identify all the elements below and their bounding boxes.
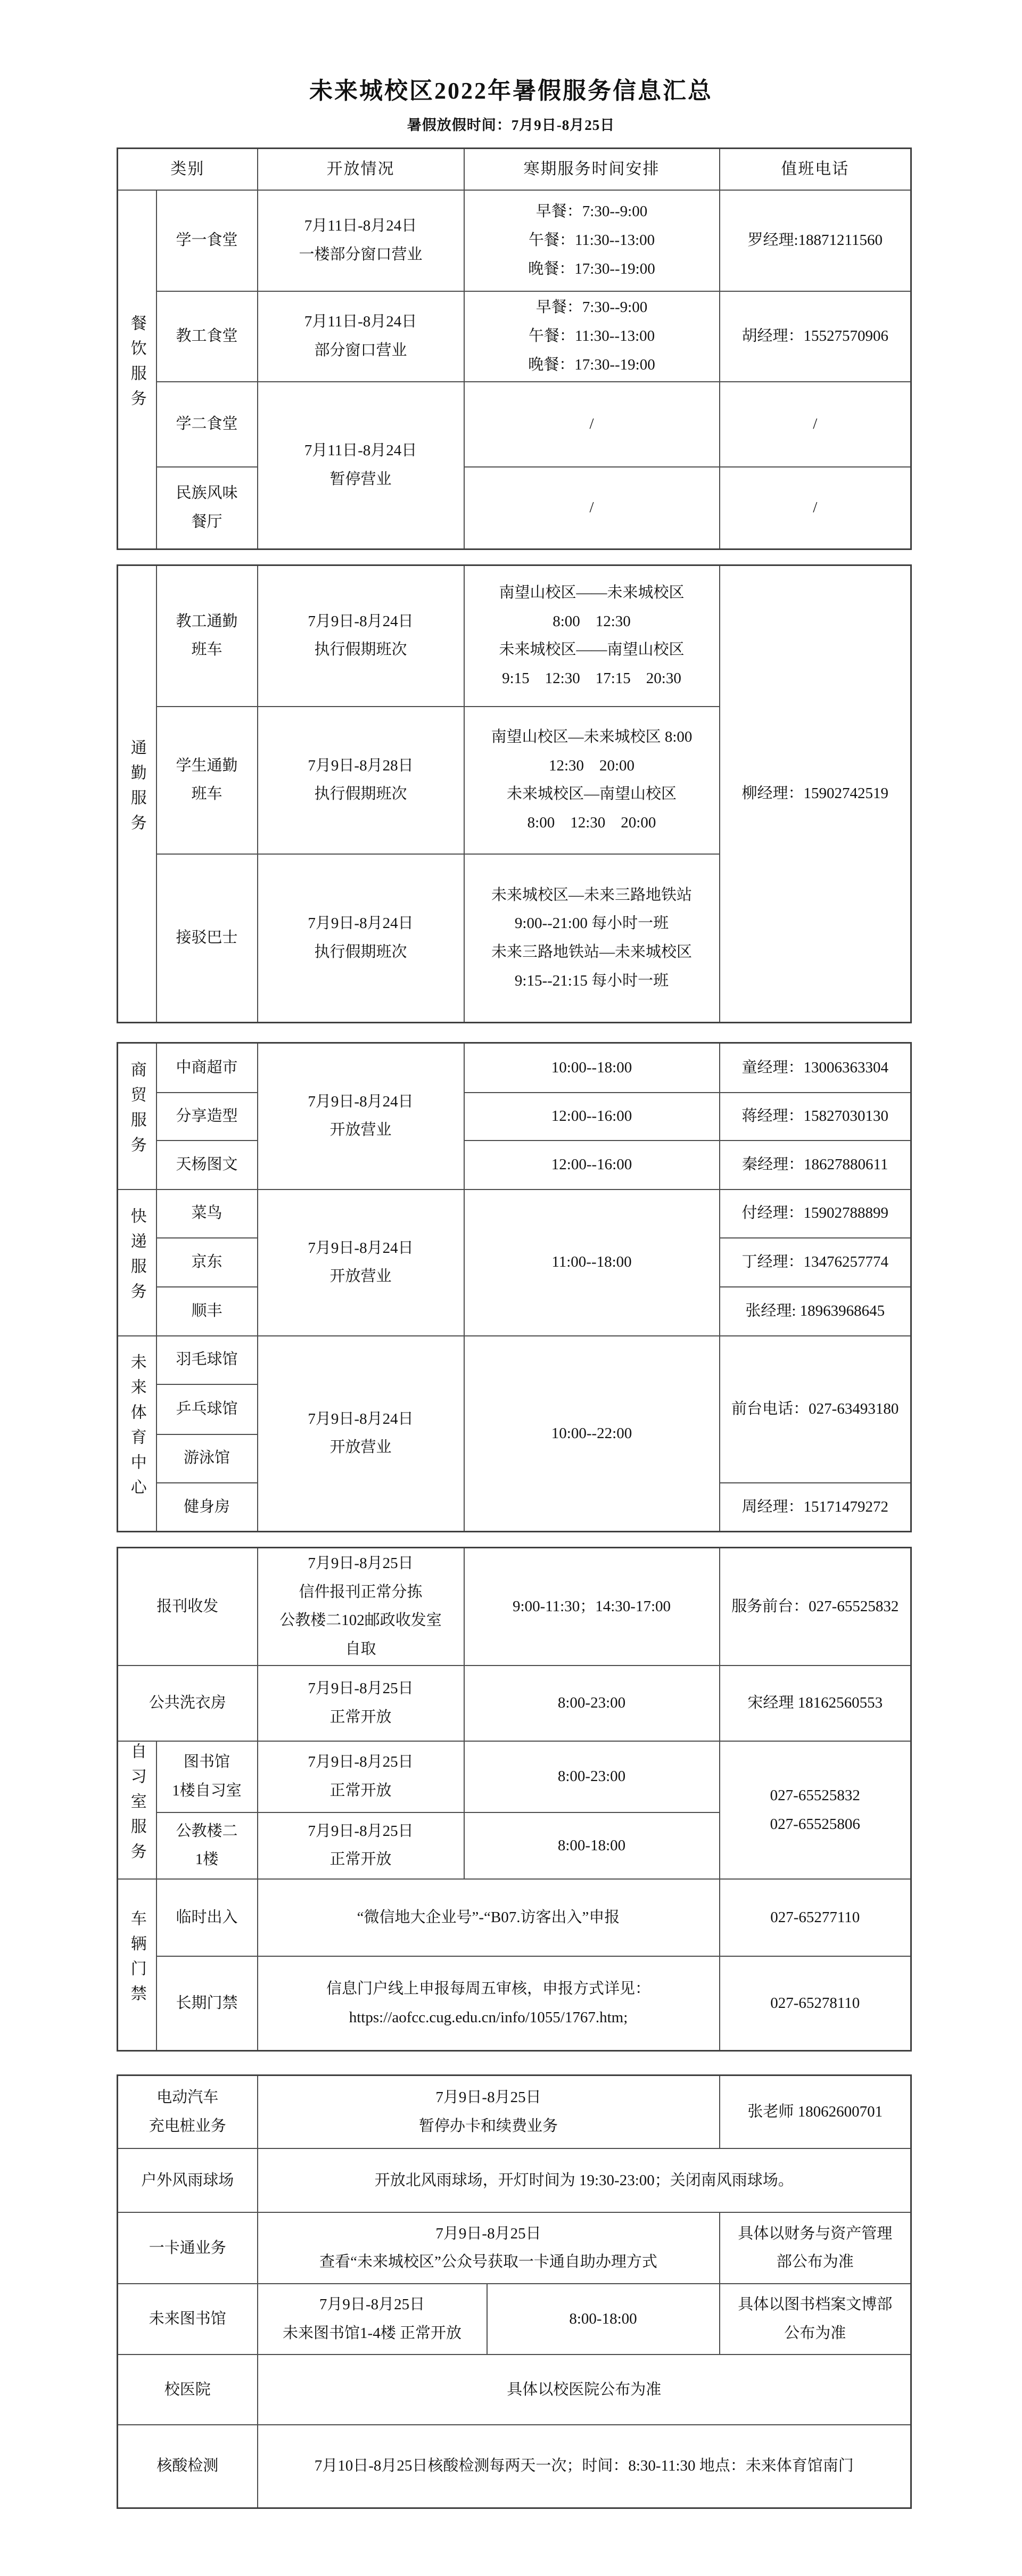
table-others: 电动汽车 充电桩业务 7月9日-8月25日 暂停办卡和续费业务 张老师 1806… bbox=[117, 2074, 912, 2509]
category-commute-label: 通勤服务 bbox=[128, 739, 146, 839]
header-open: 开放情况 bbox=[258, 149, 464, 190]
campus-card-name: 一卡通业务 bbox=[118, 2212, 258, 2284]
tables-container: 类别 开放情况 寒期服务时间安排 值班电话 餐饮服务 学一食堂 7月11日-8月… bbox=[117, 147, 910, 2509]
commute-staff-bus-name: 教工通勤 班车 bbox=[156, 565, 258, 707]
category-sports-label: 未来体育中心 bbox=[128, 1353, 146, 1504]
commute-student-bus-name: 学生通勤 班车 bbox=[156, 707, 258, 854]
category-dining-label: 餐饮服务 bbox=[128, 315, 146, 415]
dining-canteen1-phone: 罗经理:18871211560 bbox=[720, 190, 911, 291]
commute-student-bus-open: 7月9日-8月28日 执行假期班次 bbox=[258, 707, 464, 854]
category-study: 自习室服务 bbox=[118, 1741, 156, 1880]
study-building2-time: 8:00-18:00 bbox=[464, 1812, 720, 1880]
future-library-phone: 具体以图书档案文博部 公布为准 bbox=[720, 2284, 911, 2355]
sports-badminton-name: 羽毛球馆 bbox=[156, 1336, 258, 1384]
dining-staff-canteen-open: 7月11日-8月24日 部分窗口营业 bbox=[258, 291, 464, 382]
gate-longterm-phone: 027-65278110 bbox=[720, 1956, 911, 2050]
express-cainiao-name: 菜鸟 bbox=[156, 1189, 258, 1238]
category-trade: 商贸服务 bbox=[118, 1043, 156, 1189]
notice-document: 未来城校区2022年暑假服务信息汇总 暑假放假时间：7月9日-8月25日 类别 … bbox=[0, 0, 1022, 2576]
gate-longterm-name: 长期门禁 bbox=[156, 1956, 258, 2050]
laundry-time: 8:00-23:00 bbox=[464, 1666, 720, 1741]
sports-front-phone: 前台电话：027-63493180 bbox=[720, 1336, 911, 1483]
dining-staff-canteen-time: 早餐：7:30--9:00 午餐：11:30--13:00 晚餐：17:30--… bbox=[464, 291, 720, 382]
express-time: 11:00--18:00 bbox=[464, 1189, 720, 1336]
campus-hospital-info: 具体以校医院公布为准 bbox=[258, 2355, 911, 2425]
header-time: 寒期服务时间安排 bbox=[464, 149, 720, 190]
category-study-label: 自习室服务 bbox=[128, 1743, 146, 1868]
page-subtitle: 暑假放假时间：7月9日-8月25日 bbox=[0, 113, 1022, 134]
table-dining: 类别 开放情况 寒期服务时间安排 值班电话 餐饮服务 学一食堂 7月11日-8月… bbox=[117, 147, 912, 550]
commute-shuttle-open: 7月9日-8月24日 执行假期班次 bbox=[258, 854, 464, 1023]
ev-charging-info: 7月9日-8月25日 暂停办卡和续费业务 bbox=[258, 2075, 720, 2148]
commute-staff-bus-time: 南望山校区——未来城校区 8:00 12:30 未来城校区——南望山校区 9:1… bbox=[464, 565, 720, 707]
gate-temporary-phone: 027-65277110 bbox=[720, 1879, 911, 1956]
dining-canteen2-time: / bbox=[464, 382, 720, 467]
campus-card-info: 7月9日-8月25日 查看“未来城校区”公众号获取一卡通自助办理方式 bbox=[258, 2212, 720, 2284]
trade-salon-phone: 蒋经理：15827030130 bbox=[720, 1093, 911, 1141]
ev-charging-name: 电动汽车 充电桩业务 bbox=[118, 2075, 258, 2148]
commute-student-bus-time: 南望山校区—未来城校区 8:00 12:30 20:00 未来城校区—南望山校区… bbox=[464, 707, 720, 854]
category-gate-label: 车辆门禁 bbox=[128, 1910, 146, 2010]
study-library-name: 图书馆 1楼自习室 bbox=[156, 1741, 258, 1812]
campus-hospital-name: 校医院 bbox=[118, 2355, 258, 2425]
mail-phone: 服务前台：027-65525832 bbox=[720, 1548, 911, 1666]
express-sf-name: 顺丰 bbox=[156, 1287, 258, 1336]
commute-shuttle-name: 接驳巴士 bbox=[156, 854, 258, 1023]
express-sf-phone: 张经理: 18963968645 bbox=[720, 1287, 911, 1336]
trade-supermarket-name: 中商超市 bbox=[156, 1043, 258, 1093]
sports-gym-phone: 周经理：15171479272 bbox=[720, 1483, 911, 1532]
mail-name: 报刊收发 bbox=[118, 1548, 258, 1666]
future-library-open: 7月9日-8月25日 未来图书馆1-4楼 正常开放 bbox=[258, 2284, 487, 2355]
trade-supermarket-phone: 童经理：13006363304 bbox=[720, 1043, 911, 1093]
trade-print-shop-name: 天杨图文 bbox=[156, 1141, 258, 1189]
dining-canteen2-name: 学二食堂 bbox=[156, 382, 258, 467]
category-express: 快递服务 bbox=[118, 1189, 156, 1336]
outdoor-court-name: 户外风雨球场 bbox=[118, 2148, 258, 2212]
ev-charging-phone: 张老师 18062600701 bbox=[720, 2075, 911, 2148]
gate-temporary-name: 临时出入 bbox=[156, 1879, 258, 1956]
sports-gym-name: 健身房 bbox=[156, 1483, 258, 1532]
express-cainiao-phone: 付经理：15902788899 bbox=[720, 1189, 911, 1238]
dining-closed-open: 7月11日-8月24日 暂停营业 bbox=[258, 382, 464, 549]
sports-open: 7月9日-8月24日 开放营业 bbox=[258, 1336, 464, 1532]
express-jd-name: 京东 bbox=[156, 1238, 258, 1287]
gate-temporary-info: “微信地大企业号”-“B07.访客出入”申报 bbox=[258, 1879, 720, 1956]
study-building2-name: 公教楼二 1楼 bbox=[156, 1812, 258, 1880]
laundry-phone: 宋经理 18162560553 bbox=[720, 1666, 911, 1741]
commute-staff-bus-open: 7月9日-8月24日 执行假期班次 bbox=[258, 565, 464, 707]
dining-ethnic-restaurant-name: 民族风味 餐厅 bbox=[156, 467, 258, 549]
laundry-name: 公共洗衣房 bbox=[118, 1666, 258, 1741]
future-library-name: 未来图书馆 bbox=[118, 2284, 258, 2355]
future-library-time: 8:00-18:00 bbox=[487, 2284, 720, 2355]
dining-staff-canteen-name: 教工食堂 bbox=[156, 291, 258, 382]
category-dining: 餐饮服务 bbox=[118, 190, 156, 549]
campus-card-phone: 具体以财务与资产管理 部公布为准 bbox=[720, 2212, 911, 2284]
dining-canteen1-name: 学一食堂 bbox=[156, 190, 258, 291]
header-phone: 值班电话 bbox=[720, 149, 911, 190]
trade-print-shop-time: 12:00--16:00 bbox=[464, 1141, 720, 1189]
category-sports: 未来体育中心 bbox=[118, 1336, 156, 1532]
category-express-label: 快递服务 bbox=[128, 1208, 146, 1308]
dining-staff-canteen-phone: 胡经理：15527570906 bbox=[720, 291, 911, 382]
trade-print-shop-phone: 秦经理：18627880611 bbox=[720, 1141, 911, 1189]
trade-salon-time: 12:00--16:00 bbox=[464, 1093, 720, 1141]
category-commute: 通勤服务 bbox=[118, 565, 156, 1023]
outdoor-court-info: 开放北风雨球场，开灯时间为 19:30-23:00；关闭南风雨球场。 bbox=[258, 2148, 911, 2212]
trade-supermarket-time: 10:00--18:00 bbox=[464, 1043, 720, 1093]
table-trade-express-sports: 商贸服务 中商超市 7月9日-8月24日 开放营业 10:00--18:00 童… bbox=[117, 1042, 912, 1532]
sports-time: 10:00--22:00 bbox=[464, 1336, 720, 1532]
category-gate: 车辆门禁 bbox=[118, 1879, 156, 2050]
dining-canteen1-time: 早餐：7:30--9:00 午餐：11:30--13:00 晚餐：17:30--… bbox=[464, 190, 720, 291]
table-misc: 报刊收发 7月9日-8月25日 信件报刊正常分拣 公教楼二102邮政收发室 自取… bbox=[117, 1547, 912, 2052]
sports-swimming-name: 游泳馆 bbox=[156, 1434, 258, 1483]
trade-salon-name: 分享造型 bbox=[156, 1093, 258, 1141]
express-jd-phone: 丁经理：13476257774 bbox=[720, 1238, 911, 1287]
study-library-time: 8:00-23:00 bbox=[464, 1741, 720, 1812]
sports-pingpong-name: 乒乓球馆 bbox=[156, 1384, 258, 1434]
laundry-open: 7月9日-8月25日 正常开放 bbox=[258, 1666, 464, 1741]
study-building2-open: 7月9日-8月25日 正常开放 bbox=[258, 1812, 464, 1880]
category-trade-label: 商贸服务 bbox=[128, 1061, 146, 1161]
study-library-open: 7月9日-8月25日 正常开放 bbox=[258, 1741, 464, 1812]
express-open: 7月9日-8月24日 开放营业 bbox=[258, 1189, 464, 1336]
dining-ethnic-restaurant-phone: / bbox=[720, 467, 911, 549]
commute-phone: 柳经理：15902742519 bbox=[720, 565, 911, 1023]
dining-canteen1-open: 7月11日-8月24日 一楼部分窗口营业 bbox=[258, 190, 464, 291]
page-title: 未来城校区2022年暑假服务信息汇总 bbox=[0, 0, 1022, 106]
header-category: 类别 bbox=[118, 149, 258, 190]
mail-open: 7月9日-8月25日 信件报刊正常分拣 公教楼二102邮政收发室 自取 bbox=[258, 1548, 464, 1666]
nucleic-test-info: 7月10日-8月25日核酸检测每两天一次；时间：8:30-11:30 地点：未来… bbox=[258, 2425, 911, 2508]
gate-longterm-info: 信息门户线上申报每周五审核，申报方式详见： https://aofcc.cug.… bbox=[258, 1956, 720, 2050]
study-phone: 027-65525832 027-65525806 bbox=[720, 1741, 911, 1880]
commute-shuttle-time: 未来城校区—未来三路地铁站 9:00--21:00 每小时一班 未来三路地铁站—… bbox=[464, 854, 720, 1023]
nucleic-test-name: 核酸检测 bbox=[118, 2425, 258, 2508]
mail-time: 9:00-11:30；14:30-17:00 bbox=[464, 1548, 720, 1666]
table-commute: 通勤服务 教工通勤 班车 7月9日-8月24日 执行假期班次 南望山校区——未来… bbox=[117, 564, 912, 1023]
dining-canteen2-phone: / bbox=[720, 382, 911, 467]
dining-ethnic-restaurant-time: / bbox=[464, 467, 720, 549]
trade-open: 7月9日-8月24日 开放营业 bbox=[258, 1043, 464, 1189]
